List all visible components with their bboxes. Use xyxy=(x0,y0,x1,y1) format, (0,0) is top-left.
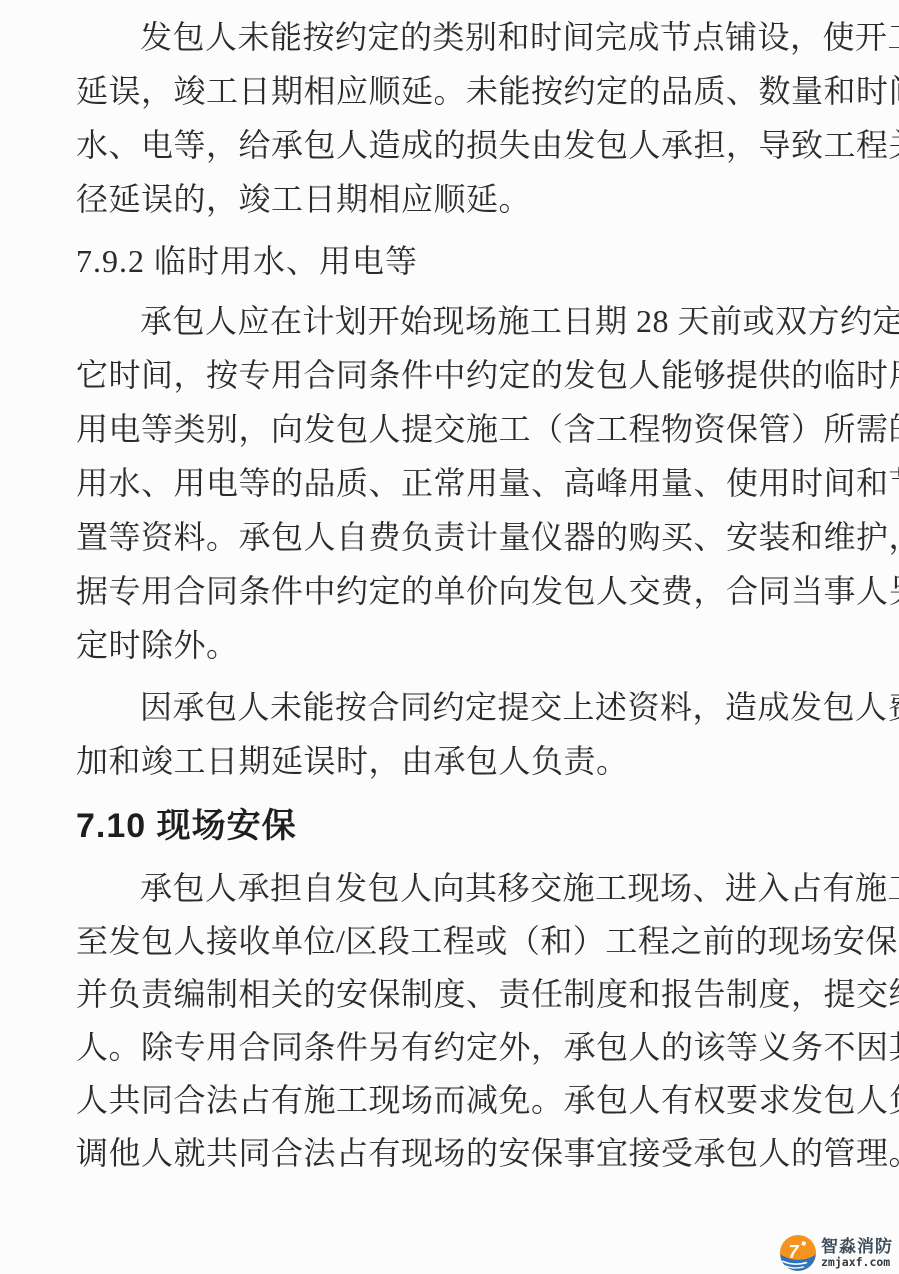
text-line: 调他人就共同合法占有现场的安保事宜接受承包人的管理。 xyxy=(76,1127,837,1180)
section-heading-7-9-2: 7.9.2 临时用水、用电等 xyxy=(76,234,837,288)
text-line: 定时除外。 xyxy=(76,618,837,672)
text-line: 延误，竣工日期相应顺延。未能按约定的品质、数量和时间提供 xyxy=(76,64,837,118)
text-line: 承包人承担自发包人向其移交施工现场、进入占有施工现场 xyxy=(76,862,837,915)
zhimiao-fire-logo-icon: 7 xyxy=(779,1234,817,1272)
text-line: 加和竣工日期延误时，由承包人负责。 xyxy=(76,734,837,788)
svg-text:7: 7 xyxy=(789,1242,800,1262)
paragraph-temporary-utilities: 承包人应在计划开始现场施工日期 28 天前或双方约定的其 它时间，按专用合同条件… xyxy=(76,294,837,672)
text-line: 至发包人接收单位/区段工程或（和）工程之前的现场安保责任， xyxy=(76,915,837,968)
text-line: 它时间，按专用合同条件中约定的发包人能够提供的临时用水、 xyxy=(76,348,837,402)
text-line: 径延误的，竣工日期相应顺延。 xyxy=(76,172,837,226)
text-line: 人共同合法占有施工现场而减免。承包人有权要求发包人负责协 xyxy=(76,1074,837,1127)
paragraph-contractor-liability: 因承包人未能按合同约定提交上述资料，造成发包人费用增 加和竣工日期延误时，由承包… xyxy=(76,680,837,788)
text-line: 发包人未能按约定的类别和时间完成节点铺设，使开工时间 xyxy=(76,10,837,64)
text-line: 水、电等，给承包人造成的损失由发包人承担，导致工程关键路 xyxy=(76,118,837,172)
logo-text: 智淼消防 zmjaxf.com xyxy=(821,1238,893,1269)
watermark-logo: 7 智淼消防 zmjaxf.com xyxy=(779,1234,893,1272)
text-line: 用电等类别，向发包人提交施工（含工程物资保管）所需的临时 xyxy=(76,402,837,456)
text-line: 承包人应在计划开始现场施工日期 28 天前或双方约定的其 xyxy=(76,294,837,348)
text-line: 据专用合同条件中约定的单价向发包人交费，合同当事人另有约 xyxy=(76,564,837,618)
document-page: 发包人未能按约定的类别和时间完成节点铺设，使开工时间 延误，竣工日期相应顺延。未… xyxy=(0,0,899,1274)
paragraph-employer-delay: 发包人未能按约定的类别和时间完成节点铺设，使开工时间 延误，竣工日期相应顺延。未… xyxy=(76,10,837,226)
text-line: 用水、用电等的品质、正常用量、高峰用量、使用时间和节点位 xyxy=(76,456,837,510)
logo-domain: zmjaxf.com xyxy=(821,1257,893,1269)
text-line: 人。除专用合同条件另有约定外，承包人的该等义务不因其与他 xyxy=(76,1021,837,1074)
text-line: 并负责编制相关的安保制度、责任制度和报告制度，提交给发包 xyxy=(76,968,837,1021)
logo-brand-name: 智淼消防 xyxy=(821,1238,893,1255)
text-line: 因承包人未能按合同约定提交上述资料，造成发包人费用增 xyxy=(76,680,837,734)
section-heading-7-10: 7.10 现场安保 xyxy=(76,796,837,856)
text-line: 置等资料。承包人自费负责计量仪器的购买、安装和维护，并依 xyxy=(76,510,837,564)
paragraph-site-security: 承包人承担自发包人向其移交施工现场、进入占有施工现场 至发包人接收单位/区段工程… xyxy=(76,862,837,1180)
